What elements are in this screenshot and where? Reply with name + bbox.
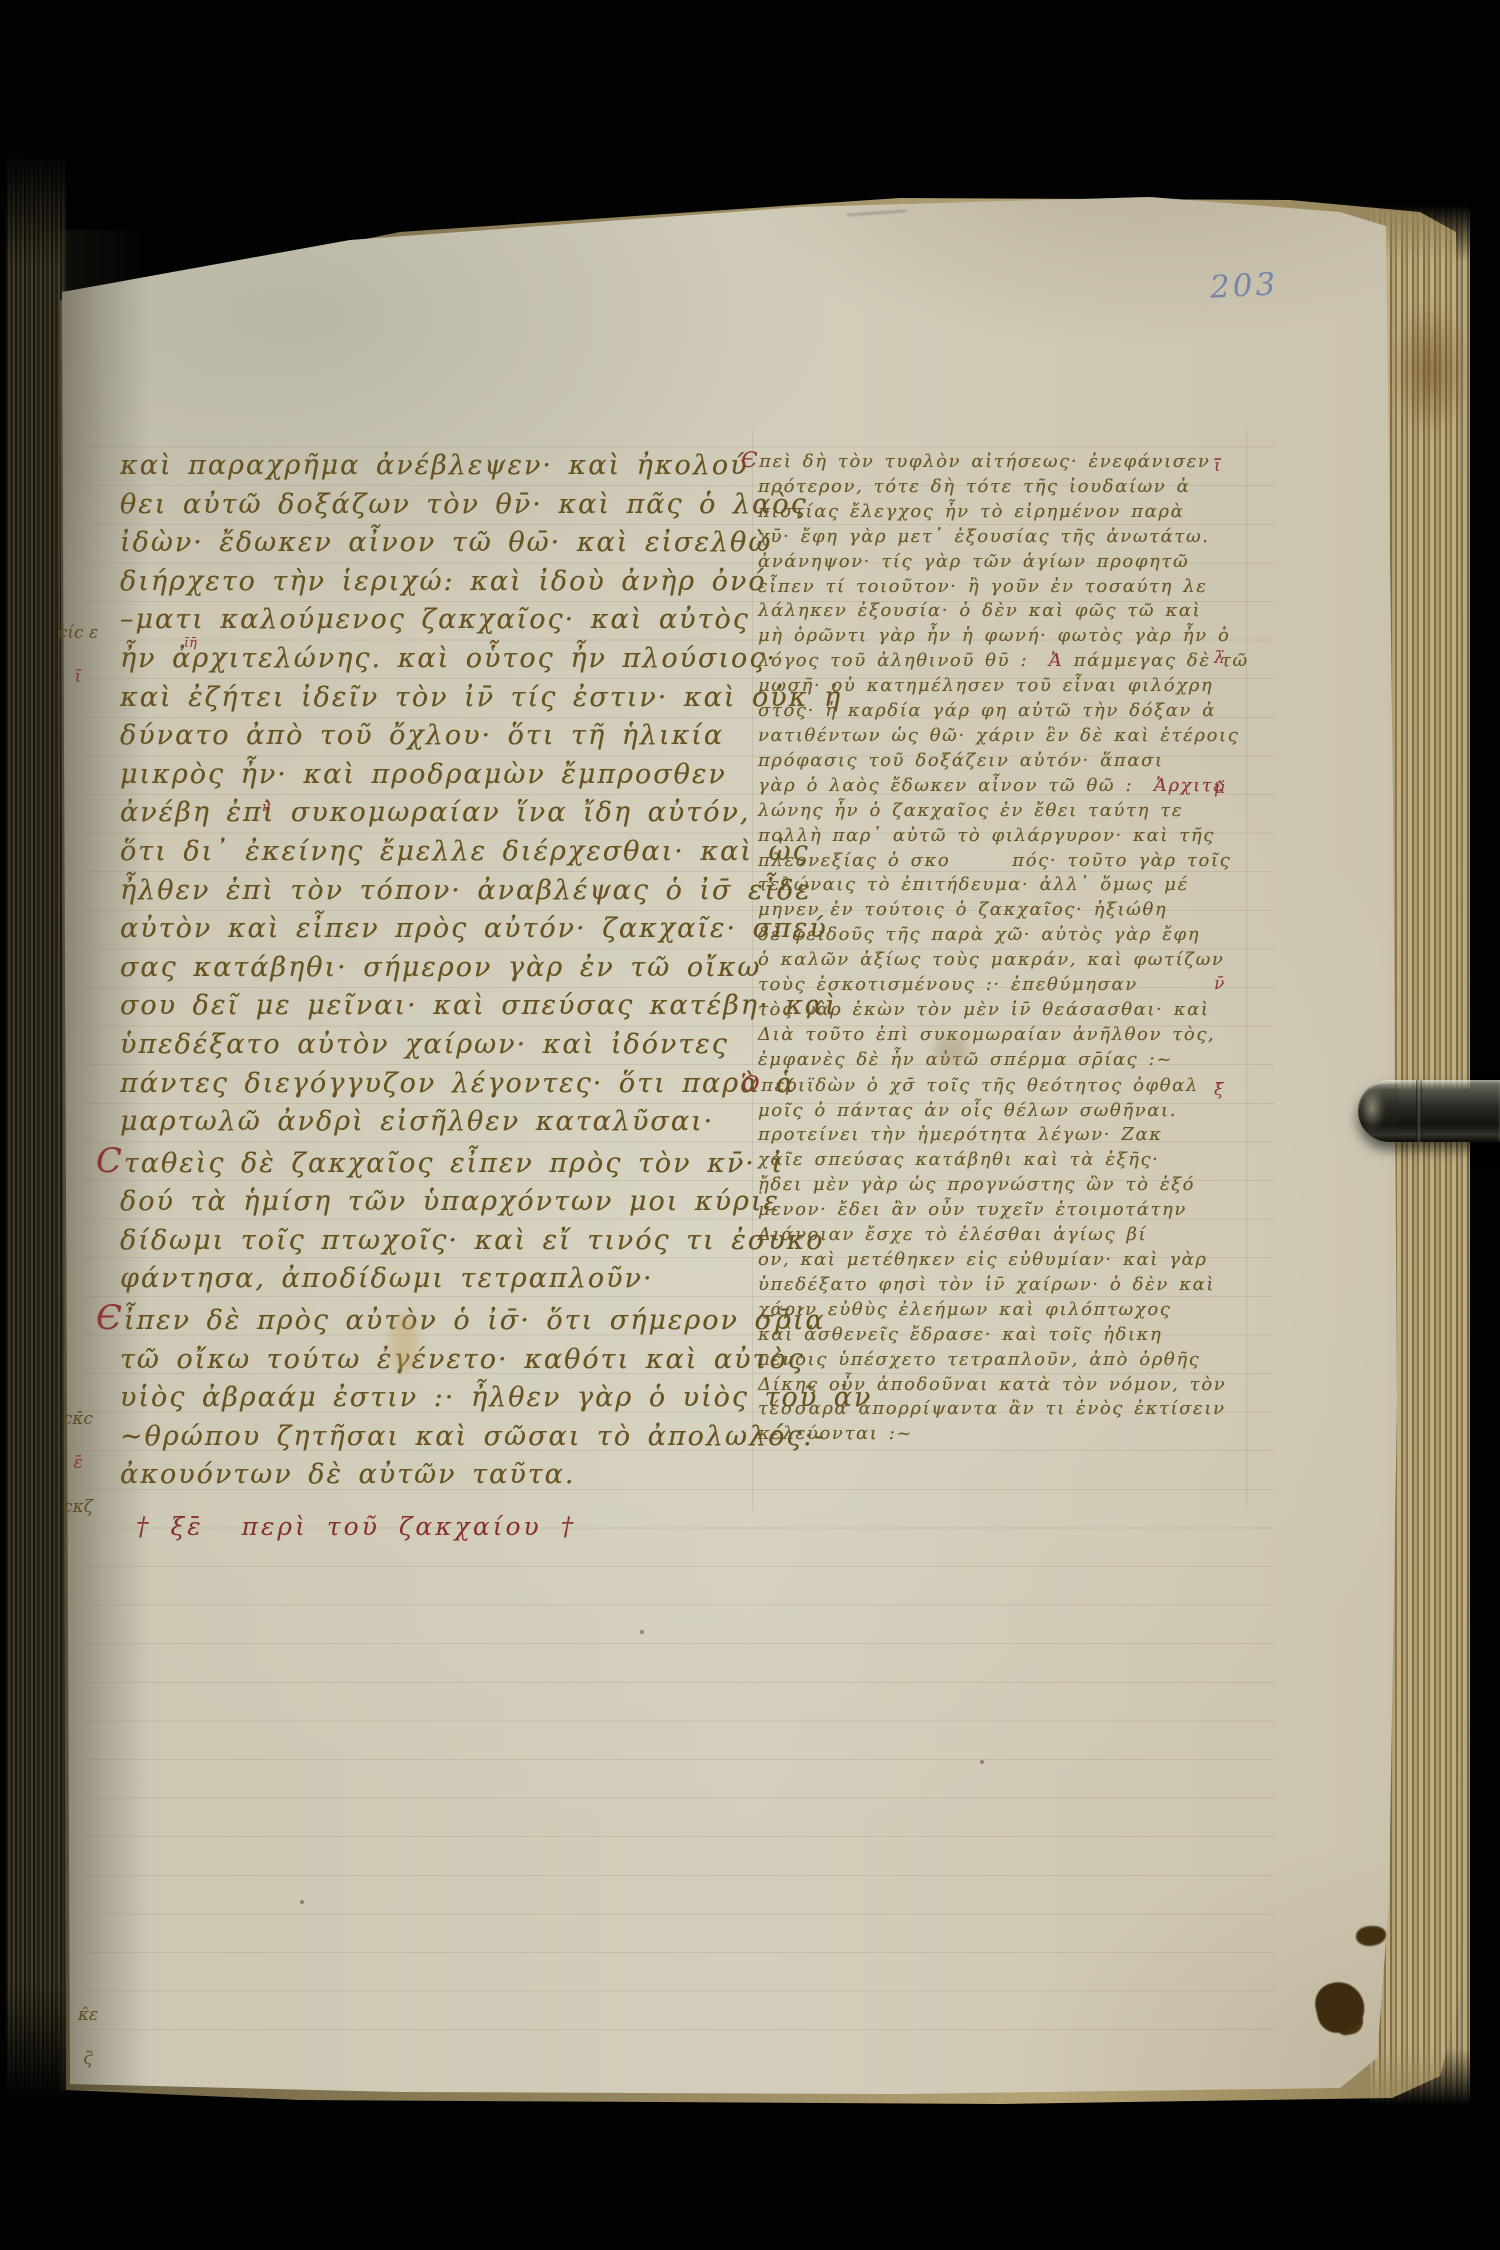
commentary-line: καὶ ἀσθενεῖς ἔδρασε· καὶ τοῖς ἠδικη xyxy=(758,1323,1258,1348)
manuscript-photo: 203 καὶ παραχρῆμα ἀνέβλεψεν· καὶ ἠκολούθ… xyxy=(0,0,1500,2250)
commentary-line: Διὰ τοῦτο ἐπὶ συκομωραίαν ἀνῆλθον τὸς, xyxy=(758,1023,1258,1048)
commentary-line: Єπεὶ δὴ τὸν τυφλὸν αἰτήσεως· ἐνεφάνισεν xyxy=(758,449,1258,475)
text-segment: ἦν ἀρχιτελώνης. καὶ οὗτος ἦν πλούσιος· xyxy=(120,643,777,674)
gospel-line: ἀκουόντων δὲ αὐτῶν ταῦτα. xyxy=(120,1456,770,1495)
text-segment: διήρχετο τὴν ἱεριχώ: καὶ ἰδοὺ ἀνὴρ ὀνό xyxy=(120,566,767,597)
commentary-line: πλεονεξίας ὁ σκο πός· τοῦτο γὰρ τοῖς xyxy=(758,849,1258,874)
commentary-line: πρόφασις τοῦ δοξάζειν αὐτόν· ἅπασι xyxy=(758,749,1258,774)
commentary-line: τὸς γὰρ ἑκὼν τὸν μὲν ἰν̄ θεάσασθαι· καὶ xyxy=(758,998,1258,1023)
text-segment: τοὺς ἐσκοτισμένους :· ἐπεθύμησαν xyxy=(758,974,1138,995)
right-margin-section-letter: μ̈ xyxy=(1214,778,1225,798)
gospel-line: Ϲταθεὶς δὲ ζακχαῖος εἶπεν πρὸς τὸν κν̄· … xyxy=(120,1142,770,1184)
commentary-line: λάληκεν ἐξουσία· ὁ δὲν καὶ φῶς τῶ καὶ xyxy=(758,599,1258,624)
commentary-line: μωσῆ· οὐ κατημέλησεν τοῦ εἶναι φιλόχρη xyxy=(758,674,1258,699)
text-segment: χαῖε σπεύσας κατάβηθι καὶ τὰ ἑξῆς· xyxy=(758,1149,1159,1170)
commentary-line: λόγος τοῦ ἀληθινοῦ θῡ : Ἀ πάμμεγας δὲ τῶ xyxy=(758,649,1258,674)
text-segment: Διάνοιαν ἔσχε τὸ ἑλέσθαι ἁγίως βί xyxy=(758,1224,1147,1245)
commentary-line: δὲ φειδοῦς τῆς παρὰ χῶ· αὐτὸς γὰρ ἔφη xyxy=(758,923,1258,948)
rubric-segment: Ϲ xyxy=(96,1142,124,1181)
commentary-line: ον, καὶ μετέθηκεν εἰς εὐθυμίαν· καὶ γὰρ xyxy=(758,1248,1258,1273)
commentary-line: τοὺς ἐσκοτισμένους :· ἐπεθύμησαν xyxy=(758,973,1258,998)
text-segment: ~θρώπου ζητῆσαι καὶ σῶσαι τὸ ἀπολωλός:- xyxy=(120,1421,826,1452)
glass-weight-seam xyxy=(1416,1080,1422,1142)
text-segment: τελώναις τὸ ἐπιτήδευμα· ἀλλ᾽ ὅμως μέ xyxy=(758,874,1189,895)
text-segment: μὴ ὁρῶντι γὰρ ἦν ἡ φωνή· φωτὸς γὰρ ἦν ὁ xyxy=(758,625,1230,646)
text-segment: ὑπεδέξατο φησὶ τὸν ἰν̄ χαίρων· ὁ δὲν καὶ xyxy=(758,1274,1215,1295)
right-margin-section-letter: ξ̄ xyxy=(1214,1080,1223,1100)
gospel-line: σας κατάβηθι· σήμερον γὰρ ἐν τῶ οἴκω xyxy=(120,949,770,988)
chapter-title-rubric: † ξε̄ περὶ τοῦ ζακχαίου † xyxy=(136,1512,576,1541)
text-segment: ὅτι δι᾽ ἐκείνης ἔμελλε διέρχεσθαι· καὶ ὡ… xyxy=(120,836,810,867)
commentary-line: προτείνει τὴν ἡμερότητα λέγων· Ζακ xyxy=(758,1123,1258,1148)
right-margin-section-letter: λ̈ xyxy=(1214,648,1225,668)
rubric-segment: Є xyxy=(741,449,759,474)
text-segment: σας κατάβηθι· σήμερον γὰρ ἐν τῶ οἴκω xyxy=(120,952,761,983)
text-segment: προτείνει τὴν ἡμερότητα λέγων· Ζακ xyxy=(758,1124,1163,1145)
left-margin-lection-mark: ϲίϲ ε ῑ xyxy=(48,600,108,688)
right-margin-section-letter: ν̄ xyxy=(1214,974,1224,994)
text-segment: ἀνέβη ἐπὶ συκομωραίαν ἵνα ἴδη αὐτόν, xyxy=(120,797,750,828)
gospel-line: Єἶπεν δὲ πρὸς αὐτὸν ὁ ἰσ̄· ὅτι σήμερον σ… xyxy=(120,1299,770,1341)
text-segment: καὶ ἐζήτει ἰδεῖν τὸν ἰν̄ τίς ἐστιν· καὶ … xyxy=(120,682,842,713)
lection-letter: ε̄ xyxy=(73,1453,82,1473)
right-margin-section-letter: ϊ̈ xyxy=(1214,456,1221,476)
gospel-line: μικρὸς ἦν· καὶ προδραμὼν ἔμπροσθεν xyxy=(120,756,770,795)
gospel-line: διήρχετο τὴν ἱεριχώ: καὶ ἰδοὺ ἀνὴρ ὀνό xyxy=(120,563,770,602)
commentary-line: κελεύονται :~ xyxy=(758,1422,1258,1447)
commentary-line: Ὁπεριϊδὼν ὁ χσ̄ τοῖς τῆς θεότητος ὀφθαλ xyxy=(758,1073,1258,1099)
commentary-line: τελώναις τὸ ἐπιτήδευμα· ἀλλ᾽ ὅμως μέ xyxy=(758,873,1258,898)
text-segment: λάληκεν ἐξουσία· ὁ δὲν καὶ φῶς τῶ καὶ xyxy=(758,600,1201,621)
commentary-line: μοῖς ὁ πάντας ἀν οἷς θέλων σωθῆναι. xyxy=(758,1099,1258,1124)
gospel-line: πάντες διεγόγγυζον λέγοντες· ὅτι παρὰ ἁ xyxy=(120,1065,770,1104)
rubric-segment: Ἀ xyxy=(1049,650,1064,671)
interlinear-rubric-mark: ῑη̄ xyxy=(184,636,197,651)
commentary-line: ἀνάνηψον· τίς γὰρ τῶν ἁγίων προφητῶ xyxy=(758,550,1258,575)
rubric-segment: Є xyxy=(96,1299,124,1338)
text-segment: στος· ἡ καρδία γάρ φη αὐτῶ τὴν δόξαν ἀ xyxy=(758,700,1216,721)
commentary-line: μὴ ὁρῶντι γὰρ ἦν ἡ φωνή· φωτὸς γὰρ ἦν ὁ xyxy=(758,624,1258,649)
lection-letter: ῑ xyxy=(75,667,82,687)
text-segment: καὶ παραχρῆμα ἀνέβλεψεν· καὶ ἠκολού xyxy=(120,450,749,481)
text-segment: μαρτωλῶ ἀνδρὶ εἰσῆλθεν καταλῦσαι· xyxy=(120,1106,714,1137)
gospel-line: τῶ οἴκω τούτω ἐγένετο· καθότι καὶ αὐτὸς xyxy=(120,1341,770,1380)
text-segment: θει αὐτῶ δοξάζων τὸν θν̄· καὶ πᾶς ὁ λαὸς xyxy=(120,489,808,520)
quire-letters: κ̂ε xyxy=(78,2005,98,2025)
commentary-line: μηνεν ἐν τούτοις ὁ ζακχαῖος· ἠξιώθη xyxy=(758,898,1258,923)
commentary-line: νατιθέντων ὡς θῶ· χάριν ἓν δὲ καὶ ἑτέροι… xyxy=(758,724,1258,749)
text-segment: δύνατο ἀπὸ τοῦ ὄχλου· ὅτι τῆ ἡλικία xyxy=(120,720,724,751)
text-segment: δού τὰ ἡμίση τῶν ὑπαρχόντων μοι κύριε xyxy=(120,1186,780,1217)
speck xyxy=(980,1760,984,1764)
text-segment: τέσσαρα ἀπορρίψαντα ἂν τι ἑνὸς ἐκτίσειν xyxy=(758,1398,1226,1419)
interlinear-rubric-mark: ν̄ xyxy=(262,800,270,815)
text-segment: πρόφασις τοῦ δοξάζειν αὐτόν· ἅπασι xyxy=(758,750,1164,771)
text-segment: χάριν εὐθὺς ἐλεήμων καὶ φιλόπτωχος xyxy=(758,1299,1171,1320)
text-segment: χῡ· ἔφη γὰρ μετ᾽ ἐξουσίας τῆς ἀνωτάτω. xyxy=(758,526,1210,547)
commentary-line: πιστίας ἔλεγχος ἦν τὸ εἰρημένον παρὰ xyxy=(758,500,1258,525)
text-segment: εἶπεν τί τοιοῦτον· ἢ γοῦν ἐν τοσαύτη λε xyxy=(758,576,1208,597)
gospel-line: ἀνέβη ἐπὶ συκομωραίαν ἵνα ἴδη αὐτόν, xyxy=(120,794,770,833)
text-segment: καὶ ἀσθενεῖς ἔδρασε· καὶ τοῖς ἠδικη xyxy=(758,1324,1162,1345)
gospel-text-column: καὶ παραχρῆμα ἀνέβλεψεν· καὶ ἠκολούθει α… xyxy=(120,447,770,1495)
speck xyxy=(640,1630,644,1634)
text-segment: ὑπεδέξατο αὐτὸν χαίρων· καὶ ἰδόντες xyxy=(120,1029,729,1060)
glass-page-weight[interactable] xyxy=(1358,1080,1500,1142)
gospel-line: δίδωμι τοῖς πτωχοῖς· καὶ εἴ τινός τι ἐσυ… xyxy=(120,1222,770,1261)
text-segment: τῶ οἴκω τούτω ἐγένετο· καθότι καὶ αὐτὸς xyxy=(120,1344,805,1375)
folio-number: 203 xyxy=(1209,266,1279,306)
text-segment: μηνεν ἐν τούτοις ὁ ζακχαῖος· ἠξιώθη xyxy=(758,899,1167,920)
commentary-line: Δίκης οὖν ἀποδοῦναι κατὰ τὸν νόμον, τὸν xyxy=(758,1373,1258,1398)
gospel-line: αὐτὸν καὶ εἶπεν πρὸς αὐτόν· ζακχαῖε· σπε… xyxy=(120,910,770,949)
gospel-line: υἱὸς ἀβραάμ ἐστιν :· ἦλθεν γὰρ ὁ υἱὸς το… xyxy=(120,1379,770,1418)
commentary-line: πρότερον, τότε δὴ τότε τῆς ἰουδαίων ἀ xyxy=(758,475,1258,500)
text-segment: κελεύονται :~ xyxy=(758,1423,913,1444)
gospel-line: δού τὰ ἡμίση τῶν ὑπαρχόντων μοι κύριε xyxy=(120,1183,770,1222)
text-segment: πολλὴ παρ᾽ αὐτῶ τὸ φιλάργυρον· καὶ τῆς xyxy=(758,825,1215,846)
text-segment: αὐτὸν καὶ εἶπεν πρὸς αὐτόν· ζακχαῖε· σπε… xyxy=(120,913,828,944)
text-segment: ἀκουόντων δὲ αὐτῶν ταῦτα. xyxy=(120,1459,576,1490)
text-segment: μωσῆ· οὐ κατημέλησεν τοῦ εἶναι φιλόχρη xyxy=(758,675,1213,696)
commentary-text-column: Єπεὶ δὴ τὸν τυφλὸν αἰτήσεως· ἐνεφάνισενπ… xyxy=(758,449,1258,1447)
text-segment: μοῖς ὁ πάντας ἀν οἷς θέλων σωθῆναι. xyxy=(758,1100,1177,1121)
gospel-line: ἦν ἀρχιτελώνης. καὶ οὗτος ἦν πλούσιος· xyxy=(120,640,770,679)
text-segment: ον, καὶ μετέθηκεν εἰς εὐθυμίαν· καὶ γὰρ xyxy=(758,1249,1208,1270)
text-segment: πρότερον, τότε δὴ τότε τῆς ἰουδαίων ἀ xyxy=(758,476,1190,497)
text-segment: μενον· ἔδει ἂν οὖν τυχεῖν ἑτοιμοτάτην xyxy=(758,1199,1187,1220)
commentary-line: χάριν εὐθὺς ἐλεήμων καὶ φιλόπτωχος xyxy=(758,1298,1258,1323)
quire-letters: ϛ̃ xyxy=(83,2049,93,2069)
commentary-line: ἐμφανὲς δὲ ἦν αὐτῶ σπέρμα σρ̄ίας :~ xyxy=(758,1048,1258,1073)
commentary-line: χαῖε σπεύσας κατάβηθι καὶ τὰ ἑξῆς· xyxy=(758,1148,1258,1173)
commentary-line: στος· ἡ καρδία γάρ φη αὐτῶ τὴν δόξαν ἀ xyxy=(758,699,1258,724)
text-segment: ἰδὼν· ἔδωκεν αἶνον τῶ θω̄· καὶ εἰσελθὼ xyxy=(120,527,772,558)
text-segment: δίδωμι τοῖς πτωχοῖς· καὶ εἴ τινός τι ἐσυ… xyxy=(120,1225,825,1256)
gospel-line: ὑπεδέξατο αὐτὸν χαίρων· καὶ ἰδόντες xyxy=(120,1026,770,1065)
rubric-segment: Ὁ xyxy=(741,1073,761,1098)
gospel-line: θει αὐτῶ δοξάζων τὸν θν̄· καὶ πᾶς ὁ λαὸς xyxy=(120,486,770,525)
text-segment: πλεονεξίας ὁ σκο πός· τοῦτο γὰρ τοῖς xyxy=(758,850,1231,871)
gospel-line: ~θρώπου ζητῆσαι καὶ σῶσαι τὸ ἀπολωλός:- xyxy=(120,1418,770,1457)
commentary-line: ὁ καλῶν ἀξίως τοὺς μακράν, καὶ φωτίζων xyxy=(758,948,1258,973)
commentary-line: Διάνοιαν ἔσχε τὸ ἑλέσθαι ἁγίως βί xyxy=(758,1223,1258,1248)
text-segment: πάντες διεγόγγυζον λέγοντες· ὅτι παρὰ ἁ xyxy=(120,1068,796,1099)
text-segment: περιϊδὼν ὁ χσ̄ τοῖς τῆς θεότητος ὀφθαλ xyxy=(761,1075,1199,1096)
text-segment: γὰρ ὁ λαὸς ἔδωκεν αἶνον τῶ θῶ : xyxy=(758,775,1154,796)
text-segment: ᾔδει μὲν γὰρ ὡς προγνώστης ὢν τὸ ἑξό xyxy=(758,1174,1195,1195)
speck xyxy=(300,1900,304,1904)
left-margin-lection-mark: ϲκ̄ϲ ε̄ ϲκζ xyxy=(48,1386,108,1518)
text-segment: ἦλθεν ἐπὶ τὸν τόπον· ἀναβλέψας ὁ ἰσ̄ εἶδ… xyxy=(120,875,812,906)
commentary-line: γὰρ ὁ λαὸς ἔδωκεν αἶνον τῶ θῶ : Ἀρχιτε xyxy=(758,774,1258,799)
glass-weight-tip xyxy=(1358,1084,1398,1138)
text-segment: φάντησα, ἀποδίδωμι τετραπλοῦν· xyxy=(120,1263,654,1294)
text-segment: δὲ φειδοῦς τῆς παρὰ χῶ· αὐτὸς γὰρ ἔφη xyxy=(758,924,1200,945)
lection-number: ϲκζ xyxy=(63,1497,93,1517)
lection-number: ϲκ̄ϲ xyxy=(63,1409,93,1429)
lection-number: ϲίϲ ε xyxy=(58,623,98,643)
gospel-line: ἦλθεν ἐπὶ τὸν τόπον· ἀναβλέψας ὁ ἰσ̄ εἶδ… xyxy=(120,872,770,911)
text-segment: Διὰ τοῦτο ἐπὶ συκομωραίαν ἀνῆλθον τὸς, xyxy=(758,1024,1215,1045)
gospel-line: φάντησα, ἀποδίδωμι τετραπλοῦν· xyxy=(120,1260,770,1299)
gospel-line: ὅτι δι᾽ ἐκείνης ἔμελλε διέρχεσθαι· καὶ ὡ… xyxy=(120,833,770,872)
gospel-line: καὶ παραχρῆμα ἀνέβλεψεν· καὶ ἠκολού xyxy=(120,447,770,486)
commentary-line: λώνης ἦν ὁ ζακχαῖος ἐν ἔθει ταύτη τε xyxy=(758,799,1258,824)
text-segment: τὸς γὰρ ἑκὼν τὸν μὲν ἰν̄ θεάσασθαι· καὶ xyxy=(758,999,1210,1020)
gospel-line: –ματι καλούμενος ζακχαῖος· καὶ αὐτὸς xyxy=(120,601,770,640)
text-segment: ἶπεν δὲ πρὸς αὐτὸν ὁ ἰσ̄· ὅτι σήμερον σρ… xyxy=(124,1305,826,1336)
commentary-line: μενον· ἔδει ἂν οὖν τυχεῖν ἑτοιμοτάτην xyxy=(758,1198,1258,1223)
gospel-line: δύνατο ἀπὸ τοῦ ὄχλου· ὅτι τῆ ἡλικία xyxy=(120,717,770,756)
commentary-line: ὑπεδέξατο φησὶ τὸν ἰν̄ χαίρων· ὁ δὲν καὶ xyxy=(758,1273,1258,1298)
gospel-line: σου δεῖ με μεῖναι· καὶ σπεύσας κατέβη· κ… xyxy=(120,987,770,1026)
text-segment: ὁ καλῶν ἀξίως τοὺς μακράν, καὶ φωτίζων xyxy=(758,949,1224,970)
commentary-line: μένοις ὑπέσχετο τετραπλοῦν, ἀπὸ ὀρθῆς xyxy=(758,1348,1258,1373)
gospel-line: καὶ ἐζήτει ἰδεῖν τὸν ἰν̄ τίς ἐστιν· καὶ … xyxy=(120,679,770,718)
text-segment: πιστίας ἔλεγχος ἦν τὸ εἰρημένον παρὰ xyxy=(758,501,1184,522)
gospel-line: μαρτωλῶ ἀνδρὶ εἰσῆλθεν καταλῦσαι· xyxy=(120,1103,770,1142)
text-segment: σου δεῖ με μεῖναι· καὶ σπεύσας κατέβη· κ… xyxy=(120,990,838,1021)
commentary-line: εἶπεν τί τοιοῦτον· ἢ γοῦν ἐν τοσαύτη λε xyxy=(758,575,1258,600)
gospel-line: ἰδὼν· ἔδωκεν αἶνον τῶ θω̄· καὶ εἰσελθὼ xyxy=(120,524,770,563)
text-segment: μικρὸς ἦν· καὶ προδραμὼν ἔμπροσθεν xyxy=(120,759,727,790)
text-segment: λώνης ἦν ὁ ζακχαῖος ἐν ἔθει ταύτη τε xyxy=(758,800,1183,821)
text-segment: πεὶ δὴ τὸν τυφλὸν αἰτήσεως· ἐνεφάνισεν xyxy=(759,451,1210,472)
text-segment: λόγος τοῦ ἀληθινοῦ θῡ : xyxy=(758,650,1049,671)
commentary-line: ᾔδει μὲν γὰρ ὡς προγνώστης ὢν τὸ ἑξό xyxy=(758,1173,1258,1198)
commentary-line: χῡ· ἔφη γὰρ μετ᾽ ἐξουσίας τῆς ἀνωτάτω. xyxy=(758,525,1258,550)
quire-signature: κ̂ε ϛ̃ xyxy=(58,1982,118,2070)
commentary-line: τέσσαρα ἀπορρίψαντα ἂν τι ἑνὸς ἐκτίσειν xyxy=(758,1397,1258,1422)
text-segment: ἐμφανὲς δὲ ἦν αὐτῶ σπέρμα σρ̄ίας :~ xyxy=(758,1049,1173,1070)
text-segment: ἀνάνηψον· τίς γὰρ τῶν ἁγίων προφητῶ xyxy=(758,551,1189,572)
text-segment: νατιθέντων ὡς θῶ· χάριν ἓν δὲ καὶ ἑτέροι… xyxy=(758,725,1239,746)
text-segment: μένοις ὑπέσχετο τετραπλοῦν, ἀπὸ ὀρθῆς xyxy=(758,1349,1200,1370)
book-spine-page-edges xyxy=(6,150,66,2100)
text-segment: –ματι καλούμενος ζακχαῖος· καὶ αὐτὸς xyxy=(120,604,750,635)
commentary-line: πολλὴ παρ᾽ αὐτῶ τὸ φιλάργυρον· καὶ τῆς xyxy=(758,824,1258,849)
text-segment: Δίκης οὖν ἀποδοῦναι κατὰ τὸν νόμον, τὸν xyxy=(758,1374,1226,1395)
text-segment: ταθεὶς δὲ ζακχαῖος εἶπεν πρὸς τὸν κν̄· ἰ xyxy=(124,1148,784,1179)
